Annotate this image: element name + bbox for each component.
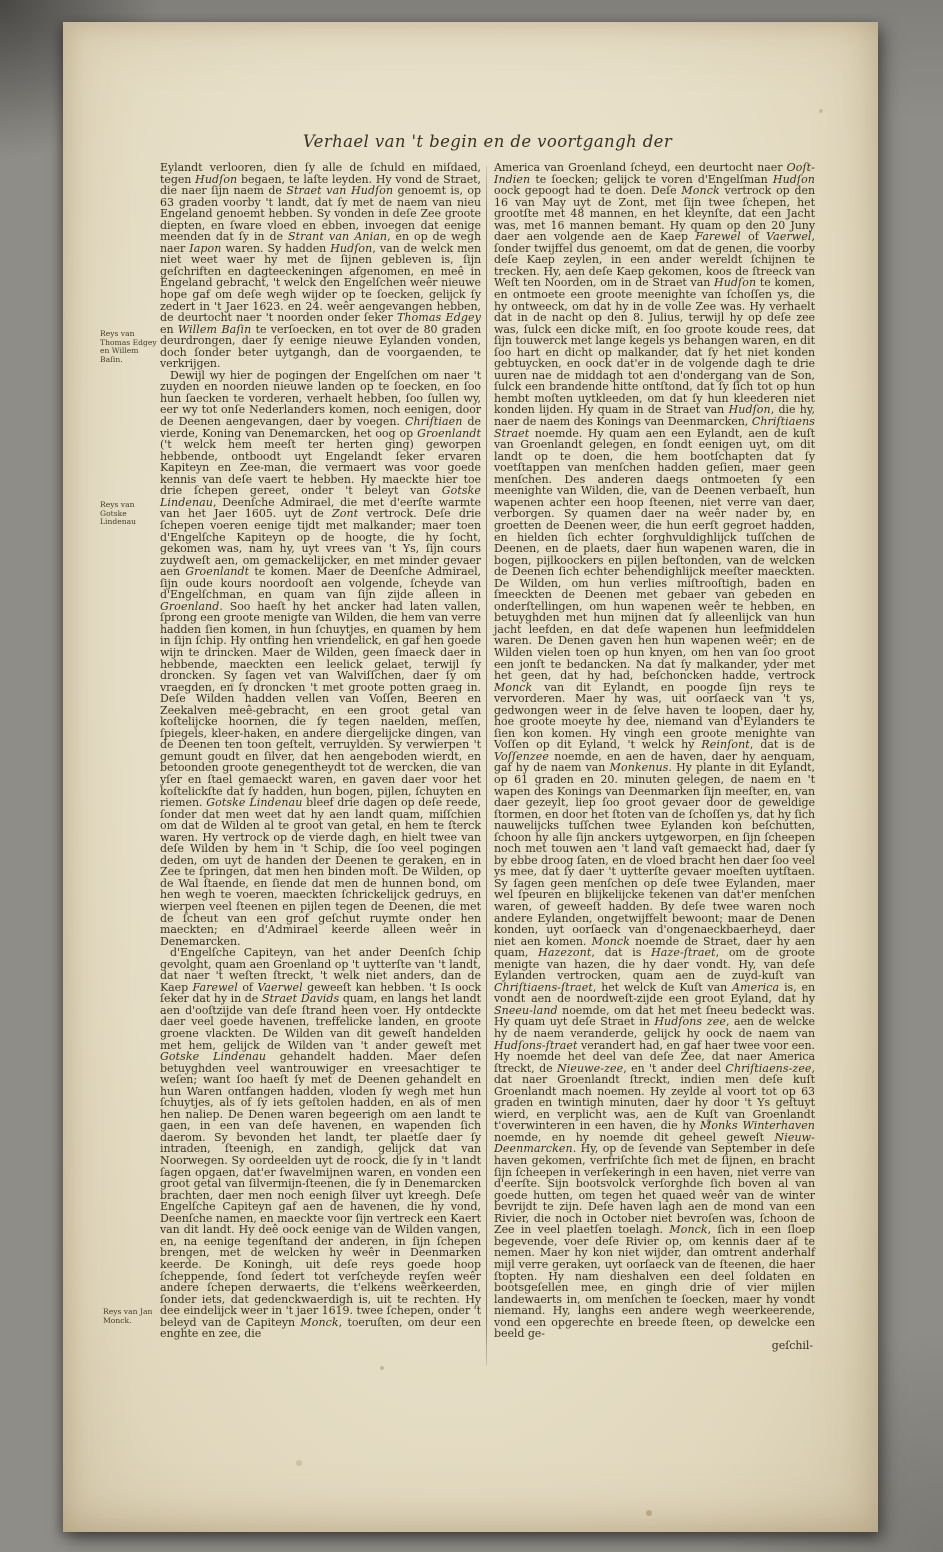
scanned-book-page-photo: { "page": { "header": "Verhael van 't be…: [0, 0, 943, 1552]
text-columns: Eylandt verlooren, dien ſy alle de ſchul…: [160, 162, 815, 1351]
right-column-text: America van Groenland ſcheyd, een deurto…: [494, 162, 815, 1340]
document-page: Verhael van 't begin en de voortgangh de…: [63, 22, 878, 1532]
margin-note-gotske-lindenau: Reys van Gotske Lindenau: [100, 501, 157, 527]
margin-note-jan-monck: Reys van Jan Monck.: [103, 1308, 153, 1325]
catchword: geſchil-: [494, 1340, 815, 1352]
right-text-column: America van Groenland ſcheyd, een deurto…: [494, 162, 815, 1351]
left-text-column: Eylandt verlooren, dien ſy alle de ſchul…: [160, 162, 481, 1351]
running-header: Verhael van 't begin en de voortgangh de…: [160, 132, 815, 151]
margin-note-edgey-basin: Reys van Thomas Edgey en Willem Baſin.: [100, 330, 157, 364]
